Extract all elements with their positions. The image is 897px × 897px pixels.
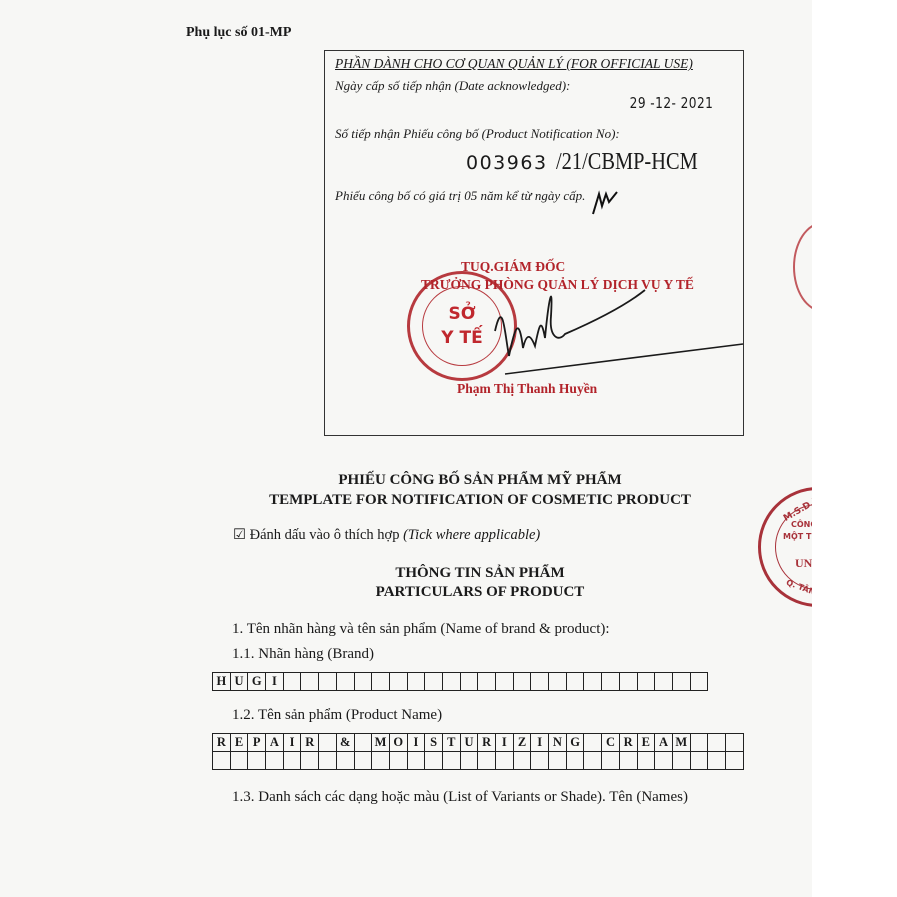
grid-cell <box>655 752 673 770</box>
form-title-vi: PHIẾU CÔNG BỐ SẢN PHẨM MỸ PHẨM <box>200 472 760 489</box>
grid-cell: & <box>336 734 354 752</box>
form-title-en: TEMPLATE FOR NOTIFICATION OF COSMETIC PR… <box>200 492 760 509</box>
grid-cell: I <box>496 734 514 752</box>
grid-cell <box>354 734 372 752</box>
notification-no-value: 003963/21/CBMP-HCM <box>466 149 722 176</box>
variants-label: 1.3. Danh sách các dạng hoặc màu (List o… <box>232 789 688 806</box>
grid-cell <box>372 752 390 770</box>
grid-cell: E <box>230 734 248 752</box>
tick-note-vi: Đánh dấu vào ô thích hợp <box>250 527 400 543</box>
grid-cell <box>478 673 496 691</box>
grid-cell: R <box>478 734 496 752</box>
grid-cell: U <box>230 673 248 691</box>
grid-cell: A <box>266 734 284 752</box>
scan-margin <box>812 0 897 897</box>
signer-name: Phạm Thị Thanh Huyền <box>457 381 597 397</box>
grid-cell <box>566 752 584 770</box>
grid-cell <box>584 734 602 752</box>
grid-cell <box>725 752 743 770</box>
grid-cell: I <box>266 673 284 691</box>
brand-label: 1.1. Nhãn hàng (Brand) <box>232 646 374 663</box>
signature-icon <box>445 276 745 386</box>
grid-cell <box>708 752 726 770</box>
grid-cell <box>354 673 372 691</box>
grid-cell <box>672 673 690 691</box>
grid-cell <box>690 673 708 691</box>
grid-cell: C <box>602 734 620 752</box>
grid-cell <box>655 673 673 691</box>
brand-grid: HUGI <box>212 672 708 691</box>
notification-no-digits: 003963 <box>466 152 548 174</box>
grid-cell: M <box>372 734 390 752</box>
grid-cell: R <box>213 734 231 752</box>
grid-cell: H <box>213 673 231 691</box>
grid-cell <box>566 673 584 691</box>
grid-cell <box>319 734 337 752</box>
grid-cell <box>319 752 337 770</box>
grid-cell <box>690 752 708 770</box>
notification-no-label: Số tiếp nhận Phiếu công bố (Product Noti… <box>335 126 620 142</box>
grid-cell <box>478 752 496 770</box>
grid-cell: G <box>566 734 584 752</box>
tick-note-en: (Tick where applicable) <box>403 527 540 543</box>
grid-cell <box>460 752 478 770</box>
grid-cell <box>513 752 531 770</box>
company-seal-line-2: MỘT T <box>783 532 811 541</box>
grid-cell <box>266 752 284 770</box>
grid-cell <box>283 752 301 770</box>
grid-cell <box>336 673 354 691</box>
grid-cell <box>213 752 231 770</box>
grid-cell: S <box>425 734 443 752</box>
brand-grid-row: HUGI <box>213 673 708 691</box>
grid-cell <box>389 673 407 691</box>
product-grid-row <box>213 752 744 770</box>
appendix-label: Phụ lục số 01-MP <box>186 25 291 41</box>
grid-cell <box>425 752 443 770</box>
grid-cell: I <box>283 734 301 752</box>
official-use-box: PHẦN DÀNH CHO CƠ QUAN QUẢN LÝ (FOR OFFIC… <box>324 50 744 436</box>
product-grid: REPAIR&MOISTURIZINGCREAM <box>212 733 744 770</box>
grid-cell <box>372 673 390 691</box>
section-title-en: PARTICULARS OF PRODUCT <box>200 584 760 601</box>
grid-cell <box>442 752 460 770</box>
initials-mark-icon <box>590 188 620 218</box>
grid-cell <box>301 752 319 770</box>
grid-cell <box>354 752 372 770</box>
product-label: 1.2. Tên sản phẩm (Product Name) <box>232 707 442 724</box>
grid-cell <box>602 752 620 770</box>
official-use-title: PHẦN DÀNH CHO CƠ QUAN QUẢN LÝ (FOR OFFIC… <box>335 56 693 72</box>
name-heading: 1. Tên nhãn hàng và tên sản phẩm (Name o… <box>232 621 610 638</box>
grid-cell <box>637 673 655 691</box>
signer-title-1: TUQ.GIÁM ĐỐC <box>461 259 565 275</box>
grid-cell <box>602 673 620 691</box>
grid-cell: T <box>442 734 460 752</box>
scan-margin-cover-top <box>812 210 897 320</box>
grid-cell <box>584 673 602 691</box>
grid-cell <box>708 734 726 752</box>
grid-cell <box>301 673 319 691</box>
section-title-vi: THÔNG TIN SẢN PHẨM <box>200 565 760 582</box>
grid-cell <box>442 673 460 691</box>
date-acknowledged-value: 29 -12- 2021 <box>630 94 714 112</box>
grid-cell <box>584 752 602 770</box>
grid-cell <box>637 752 655 770</box>
grid-cell <box>460 673 478 691</box>
grid-cell <box>336 752 354 770</box>
grid-cell: M <box>672 734 690 752</box>
checkbox-checked-icon: ☑ <box>233 527 246 543</box>
grid-cell <box>513 673 531 691</box>
grid-cell <box>619 673 637 691</box>
grid-cell: A <box>655 734 673 752</box>
grid-cell <box>319 673 337 691</box>
validity-text: Phiếu công bố có giá trị 05 năm kể từ ng… <box>335 188 585 204</box>
grid-cell <box>672 752 690 770</box>
grid-cell <box>549 752 567 770</box>
grid-cell: E <box>637 734 655 752</box>
grid-cell: O <box>389 734 407 752</box>
grid-cell <box>496 673 514 691</box>
grid-cell <box>531 673 549 691</box>
scan-margin-cover <box>812 470 897 630</box>
grid-cell: N <box>549 734 567 752</box>
grid-cell <box>407 752 425 770</box>
grid-cell <box>283 673 301 691</box>
grid-cell: U <box>460 734 478 752</box>
grid-cell: Z <box>513 734 531 752</box>
grid-cell <box>690 734 708 752</box>
grid-cell <box>725 734 743 752</box>
grid-cell: R <box>619 734 637 752</box>
grid-cell: I <box>531 734 549 752</box>
grid-cell <box>230 752 248 770</box>
grid-cell: G <box>248 673 266 691</box>
grid-cell: I <box>407 734 425 752</box>
grid-cell <box>425 673 443 691</box>
product-grid-row: REPAIR&MOISTURIZINGCREAM <box>213 734 744 752</box>
grid-cell <box>407 673 425 691</box>
grid-cell: P <box>248 734 266 752</box>
grid-cell <box>248 752 266 770</box>
notification-no-suffix: /21/CBMP-HCM <box>556 149 698 176</box>
grid-cell: R <box>301 734 319 752</box>
grid-cell <box>389 752 407 770</box>
date-acknowledged-label: Ngày cấp số tiếp nhận (Date acknowledged… <box>335 78 570 94</box>
grid-cell <box>496 752 514 770</box>
grid-cell <box>549 673 567 691</box>
grid-cell <box>619 752 637 770</box>
grid-cell <box>531 752 549 770</box>
tick-note: ☑ Đánh dấu vào ô thích hợp (Tick where a… <box>233 527 540 544</box>
